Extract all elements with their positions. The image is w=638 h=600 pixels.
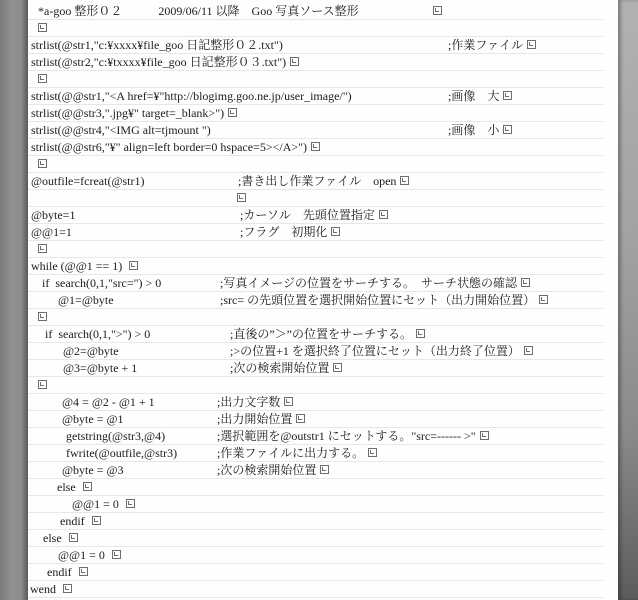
comment-text: ;作業ファイルに出力する。 xyxy=(217,445,377,461)
code-text: else xyxy=(43,530,65,546)
return-mark-icon xyxy=(79,567,88,576)
code-line[interactable]: strlist(@str1,"c:¥xxxx¥file_goo 日記整形０２.t… xyxy=(28,37,603,54)
code-line[interactable]: else xyxy=(28,530,603,547)
code-text: @1=@byte xyxy=(58,292,114,308)
code-text: strlist(@str2,"c:¥txxxx¥file_goo 日記整形０３.… xyxy=(31,54,286,70)
return-mark-icon xyxy=(38,244,47,253)
code-line[interactable]: @4 = @2 - @1 + 1;出力文字数 xyxy=(28,394,603,411)
document-page[interactable]: *a-goo 整形０２ 2009/06/11 以降 Goo 写真ソース整形str… xyxy=(28,0,618,600)
return-mark-icon xyxy=(83,482,92,491)
code-text: endif xyxy=(60,513,88,529)
return-mark-icon xyxy=(38,23,47,32)
code-line[interactable]: @byte=1;カーソル 先頭位置指定 xyxy=(28,207,603,224)
return-mark-icon xyxy=(38,159,47,168)
comment-text: ;作業ファイル xyxy=(448,37,536,53)
right-gutter xyxy=(618,0,638,600)
code-line[interactable]: strlist(@@str6,"¥" align=left border=0 h… xyxy=(28,139,603,156)
code-text: *a-goo 整形０２ 2009/06/11 以降 Goo 写真ソース整形 xyxy=(38,3,359,19)
return-mark-icon xyxy=(284,397,293,406)
return-mark-icon xyxy=(503,91,512,100)
code-line[interactable]: strlist(@@str1,"<A href=¥"http://blogimg… xyxy=(28,88,603,105)
code-text: strlist(@@str1,"<A href=¥"http://blogimg… xyxy=(31,88,352,104)
return-mark-icon xyxy=(524,346,533,355)
code-line[interactable] xyxy=(28,20,603,37)
code-line[interactable]: *a-goo 整形０２ 2009/06/11 以降 Goo 写真ソース整形 xyxy=(28,3,603,20)
return-mark-icon xyxy=(416,329,425,338)
code-line[interactable]: while (@@1 == 1) xyxy=(28,258,603,275)
code-line[interactable]: @byte = @1;出力開始位置 xyxy=(28,411,603,428)
return-mark-icon xyxy=(38,312,47,321)
comment-text: ;出力開始位置 xyxy=(217,411,305,427)
comment-text: ;画像 大 xyxy=(448,88,512,104)
comment-text: ;次の検索開始位置 xyxy=(230,360,342,376)
code-text: getstring(@str3,@4) xyxy=(66,428,165,444)
return-mark-icon xyxy=(38,380,47,389)
code-line[interactable]: @outfile=fcreat(@str1);書き出し作業ファイル open xyxy=(28,173,603,190)
code-line[interactable] xyxy=(28,156,603,173)
comment-text: ;>の位置+1 を選択終了位置にセット（出力終了位置） xyxy=(230,343,533,359)
code-text: while (@@1 == 1) xyxy=(31,258,125,274)
code-line[interactable]: endif xyxy=(28,513,603,530)
code-text: else xyxy=(57,479,79,495)
comment-text: ;次の検索開始位置 xyxy=(217,462,329,478)
code-line[interactable]: getstring(@str3,@4);選択範囲を@outstr1 にセットする… xyxy=(28,428,603,445)
comment-text: ;フラグ 初期化 xyxy=(240,224,340,240)
code-line[interactable]: @3=@byte + 1;次の検索開始位置 xyxy=(28,360,603,377)
code-text: strlist(@@str4,"<IMG alt=tjmount ") xyxy=(31,122,211,138)
return-mark-icon xyxy=(129,261,138,270)
return-mark-icon xyxy=(400,176,409,185)
return-mark-icon xyxy=(38,74,47,83)
return-mark-icon xyxy=(296,414,305,423)
code-line[interactable]: wend xyxy=(28,581,603,598)
code-line[interactable]: @@1 = 0 xyxy=(28,547,603,564)
code-line[interactable] xyxy=(28,377,603,394)
return-mark-icon xyxy=(126,499,135,508)
return-mark-icon xyxy=(433,6,442,15)
code-text: @byte = @1 xyxy=(62,411,124,427)
left-gutter xyxy=(0,0,28,600)
code-line[interactable]: @@1 = 0 xyxy=(28,496,603,513)
comment-text: ;カーソル 先頭位置指定 xyxy=(240,207,388,223)
return-mark-icon xyxy=(527,40,536,49)
return-mark-icon xyxy=(69,533,78,542)
return-mark-icon xyxy=(480,431,489,440)
code-line[interactable]: fwrite(@outfile,@str3);作業ファイルに出力する。 xyxy=(28,445,603,462)
return-mark-icon xyxy=(63,584,72,593)
code-line[interactable]: if search(0,1,">") > 0;直後の”＞”の位置をサーチする。 xyxy=(28,326,603,343)
code-line[interactable]: else xyxy=(28,479,603,496)
return-mark-icon xyxy=(290,57,299,66)
code-text: wend xyxy=(30,581,59,597)
return-mark-icon xyxy=(112,550,121,559)
comment-text: ;画像 小 xyxy=(448,122,512,138)
code-line[interactable]: @@1=1;フラグ 初期化 xyxy=(28,224,603,241)
code-text: strlist(@str1,"c:¥xxxx¥file_goo 日記整形０２.t… xyxy=(31,37,283,53)
code-text: @4 = @2 - @1 + 1 xyxy=(62,394,155,410)
code-text: @outfile=fcreat(@str1) xyxy=(31,173,145,189)
comment-text: ;写真イメージの位置をサーチする。 サーチ状態の確認 xyxy=(220,275,530,291)
comment-text: ;src= の先頭位置を選択開始位置にセット（出力開始位置） xyxy=(220,292,548,308)
return-mark-icon xyxy=(331,227,340,236)
code-text: @byte=1 xyxy=(31,207,75,223)
code-line[interactable]: @1=@byte;src= の先頭位置を選択開始位置にセット（出力開始位置） xyxy=(28,292,603,309)
return-mark-icon xyxy=(92,516,101,525)
return-mark-icon xyxy=(237,193,246,202)
code-text: @2=@byte xyxy=(63,343,119,359)
code-line[interactable] xyxy=(28,241,603,258)
code-text: strlist(@@str6,"¥" align=left border=0 h… xyxy=(31,139,307,155)
code-text: @@1 = 0 xyxy=(58,547,108,563)
code-line[interactable]: strlist(@str2,"c:¥txxxx¥file_goo 日記整形０３.… xyxy=(28,54,603,71)
code-text: strlist(@@str3,".jpg¥" target=_blank>") xyxy=(31,105,224,121)
code-text: endif xyxy=(47,564,75,580)
return-mark-icon xyxy=(521,278,530,287)
code-line[interactable]: strlist(@@str4,"<IMG alt=tjmount ");画像 小 xyxy=(28,122,603,139)
return-mark-icon xyxy=(333,363,342,372)
return-mark-icon xyxy=(311,142,320,151)
comment-text: ;出力文字数 xyxy=(217,394,293,410)
comment-text: ;書き出し作業ファイル open xyxy=(238,173,409,189)
code-text: @@1=1 xyxy=(31,224,72,240)
comment-text: ;直後の”＞”の位置をサーチする。 xyxy=(230,326,425,342)
code-text: fwrite(@outfile,@str3) xyxy=(66,445,177,461)
document-window: *a-goo 整形０２ 2009/06/11 以降 Goo 写真ソース整形str… xyxy=(0,0,638,600)
code-line[interactable] xyxy=(28,71,603,88)
code-line[interactable] xyxy=(28,309,603,326)
code-text: if search(0,1,">") > 0 xyxy=(45,326,150,342)
return-mark-icon xyxy=(320,465,329,474)
comment-text: ;選択範囲を@outstr1 にセットする。"src=------ >" xyxy=(217,428,489,444)
return-mark-icon xyxy=(379,210,388,219)
code-text: @byte = @3 xyxy=(62,462,124,478)
return-mark-icon xyxy=(539,295,548,304)
code-line[interactable]: @2=@byte;>の位置+1 を選択終了位置にセット（出力終了位置） xyxy=(28,343,603,360)
code-line[interactable]: endif xyxy=(28,564,603,581)
code-text: @@1 = 0 xyxy=(72,496,122,512)
code-line[interactable]: @byte = @3;次の検索開始位置 xyxy=(28,462,603,479)
code-line[interactable]: strlist(@@str3,".jpg¥" target=_blank>") xyxy=(28,105,603,122)
code-text: if search(0,1,"src=") > 0 xyxy=(42,275,161,291)
code-line[interactable]: if search(0,1,"src=") > 0;写真イメージの位置をサーチす… xyxy=(28,275,603,292)
code-text: @3=@byte + 1 xyxy=(63,360,137,376)
return-mark-icon xyxy=(228,108,237,117)
return-mark-icon xyxy=(368,448,377,457)
return-mark-icon xyxy=(503,125,512,134)
code-line[interactable] xyxy=(28,190,603,207)
